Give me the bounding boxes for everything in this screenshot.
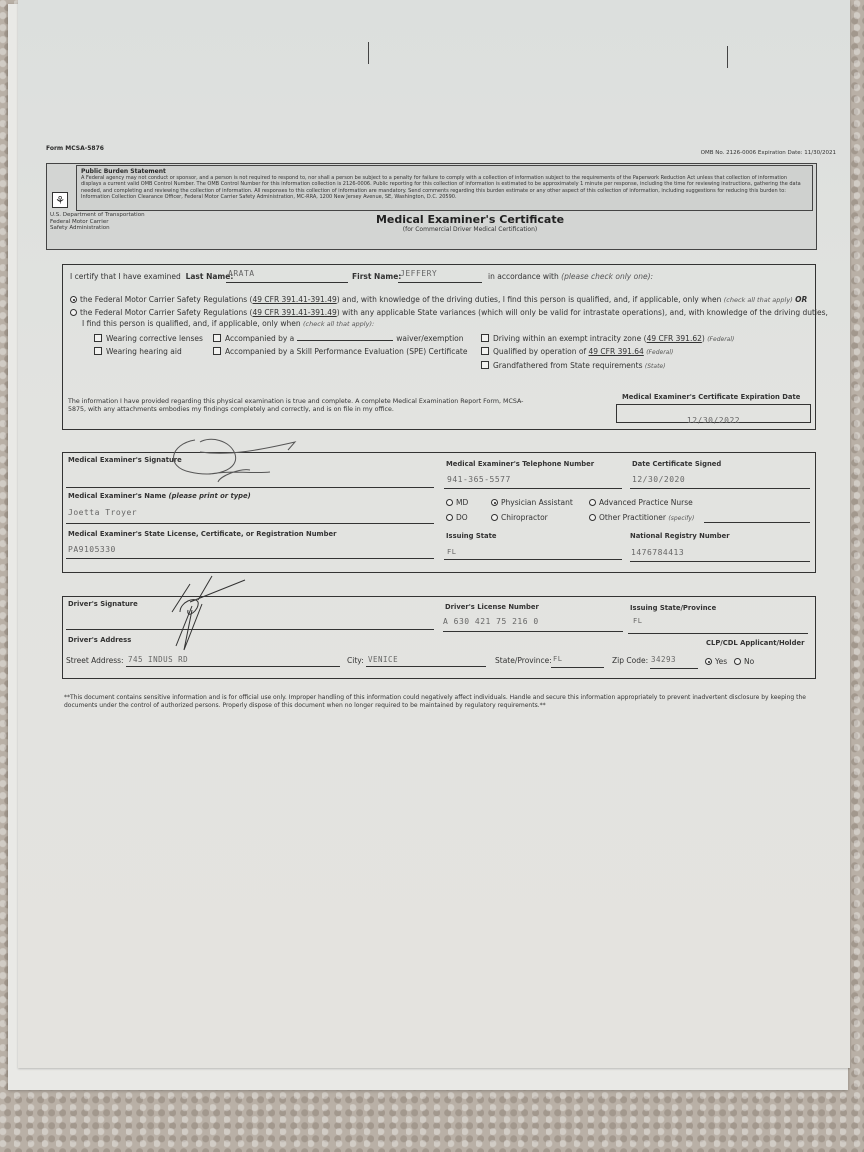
option-text: ) with any applicable State variances (w… — [337, 308, 828, 317]
state-value[interactable]: FL — [553, 655, 562, 663]
option-state-radio[interactable] — [70, 309, 77, 316]
condition-label: Accompanied by a Skill Performance Evalu… — [225, 347, 467, 356]
condition-label: Driving within an exempt intracity zone … — [493, 334, 647, 343]
type-md[interactable]: MD — [446, 498, 468, 507]
type-hint: (specify) — [668, 515, 694, 522]
checkbox[interactable] — [94, 334, 102, 342]
accordance-text: in accordance with (please check only on… — [488, 272, 653, 281]
driver-license-line — [443, 631, 623, 632]
cdl-no[interactable]: No — [734, 657, 754, 666]
last-name-label: Last Name: — [186, 272, 234, 281]
first-name-line — [398, 282, 482, 283]
dot-triskelion-icon: ⚘ — [52, 192, 68, 208]
date-signed-label: Date Certificate Signed — [632, 460, 721, 468]
expiration-label: Medical Examiner's Certificate Expiratio… — [622, 393, 800, 401]
date-signed-line — [630, 488, 810, 489]
option-text: the Federal Motor Carrier Safety Regulat… — [80, 308, 252, 317]
condition-label: Wearing corrective lenses — [106, 334, 203, 343]
burden-title: Public Burden Statement — [81, 168, 808, 175]
registry-label: National Registry Number — [630, 532, 730, 540]
condition-label: Qualified by operation of — [493, 347, 589, 356]
city-line — [366, 666, 486, 667]
condition-hearing-aid[interactable]: Wearing hearing aid — [94, 347, 182, 356]
street-label: Street Address: — [66, 656, 124, 665]
option-hint: (check all that apply): — [303, 320, 374, 328]
examiner-name-value[interactable]: Joetta Troyer — [68, 508, 137, 517]
other-specify-line[interactable] — [704, 522, 810, 523]
examiner-signature-line[interactable] — [66, 487, 434, 488]
condition-spe[interactable]: Accompanied by a Skill Performance Evalu… — [213, 347, 467, 356]
condition-intracity[interactable]: Driving within an exempt intracity zone … — [481, 334, 734, 343]
examiner-license-value[interactable]: PA9105330 — [68, 545, 116, 554]
condition-waiver[interactable]: Accompanied by awaiver/exemption — [213, 334, 464, 343]
type-label: DO — [456, 513, 468, 522]
or-label: OR — [795, 295, 807, 304]
public-burden-statement: Public Burden Statement A Federal agency… — [76, 165, 813, 211]
date-signed-value[interactable]: 12/30/2020 — [632, 475, 685, 484]
option-hint: (check all that apply) — [724, 296, 793, 304]
phone-line — [444, 488, 622, 489]
radio[interactable] — [589, 499, 596, 506]
type-label: Physician Assistant — [501, 498, 573, 507]
driver-signature-line[interactable] — [66, 629, 434, 630]
examiner-name-line — [66, 523, 434, 524]
radio[interactable] — [446, 514, 453, 521]
radio[interactable] — [491, 514, 498, 521]
label-text: Medical Examiner's Name — [68, 492, 166, 500]
option-state-line2: I find this person is qualified, and, if… — [82, 319, 374, 328]
checkbox[interactable] — [481, 334, 489, 342]
radio[interactable] — [705, 658, 712, 665]
cfr-citation: 49 CFR 391.64 — [589, 347, 644, 356]
city-value[interactable]: VENICE — [368, 655, 398, 664]
examiner-phone-label: Medical Examiner's Telephone Number — [446, 460, 594, 468]
examiner-signature-label: Medical Examiner's Signature — [68, 456, 182, 464]
option-text: I find this person is qualified, and, if… — [82, 319, 301, 328]
registry-line — [630, 561, 810, 562]
first-name-label: First Name: — [352, 272, 401, 281]
condition-grandfathered[interactable]: Grandfathered from State requirements (S… — [481, 361, 665, 370]
radio[interactable] — [589, 514, 596, 521]
agency-name: U.S. Department of Transportation Federa… — [50, 212, 145, 232]
form-title: Medical Examiner's Certificate (for Comm… — [250, 213, 690, 233]
sensitive-info-note: **This document contains sensitive infor… — [64, 694, 809, 710]
form-number: Form MCSA-5876 — [46, 145, 104, 152]
zip-label: Zip Code: — [612, 656, 648, 665]
examiner-license-label: Medical Examiner's State License, Certif… — [68, 530, 336, 538]
type-chiropractor[interactable]: Chiropractor — [491, 513, 548, 522]
radio[interactable] — [491, 499, 498, 506]
cfr-citation: 49 CFR 391.41-391.49 — [252, 295, 336, 304]
option-federal-radio[interactable] — [70, 296, 77, 303]
agency-line: Safety Administration — [50, 225, 145, 232]
driver-signature-label: Driver's Signature — [68, 600, 138, 608]
condition-391-64[interactable]: Qualified by operation of 49 CFR 391.64 … — [481, 347, 673, 356]
driver-address-label: Driver's Address — [68, 636, 131, 644]
type-other[interactable]: Other Practitioner (specify) — [589, 513, 694, 522]
last-name-value[interactable]: ARATA — [228, 269, 255, 278]
accordance-label: in accordance with — [488, 272, 559, 281]
agency-line: U.S. Department of Transportation — [50, 212, 145, 219]
option-federal[interactable]: the Federal Motor Carrier Safety Regulat… — [70, 295, 807, 304]
condition-hint: (Federal) — [646, 349, 673, 356]
street-value[interactable]: 745 INDUS RD — [128, 655, 188, 664]
state-label: State/Province: — [495, 656, 552, 665]
cdl-label: CLP/CDL Applicant/Holder — [706, 639, 804, 647]
type-do[interactable]: DO — [446, 513, 468, 522]
type-physician-assistant[interactable]: Physician Assistant — [491, 498, 573, 507]
title-sub: (for Commercial Driver Medical Certifica… — [250, 226, 690, 233]
issuing-state-label: Issuing State — [446, 532, 496, 540]
checkbox[interactable] — [94, 347, 102, 355]
zip-value[interactable]: 34293 — [651, 655, 676, 664]
condition-label: Accompanied by a — [225, 334, 294, 343]
omb-number: OMB No. 2126-0006 Expiration Date: 11/30… — [701, 150, 836, 156]
driver-license-label: Driver's License Number — [445, 603, 539, 611]
checkbox[interactable] — [481, 361, 489, 369]
examiner-name-label: Medical Examiner's Name (please print or… — [68, 492, 251, 500]
issuing-state-value[interactable]: FL — [447, 548, 456, 556]
cfr-citation: 49 CFR 391.62 — [647, 334, 702, 343]
option-text: ) and, with knowledge of the driving dut… — [337, 295, 722, 304]
first-name-value[interactable]: JEFFERY — [400, 269, 437, 278]
title-main: Medical Examiner's Certificate — [250, 213, 690, 226]
pen-mark — [727, 46, 728, 68]
condition-corrective-lenses[interactable]: Wearing corrective lenses — [94, 334, 203, 343]
checkbox[interactable] — [481, 347, 489, 355]
type-apn[interactable]: Advanced Practice Nurse — [589, 498, 693, 507]
type-label: Advanced Practice Nurse — [599, 498, 693, 507]
accordance-hint: (please check only one): — [561, 272, 653, 281]
state-line — [551, 667, 604, 668]
radio[interactable] — [446, 499, 453, 506]
examiner-section — [62, 452, 816, 573]
option-state[interactable]: the Federal Motor Carrier Safety Regulat… — [70, 308, 828, 317]
city-label: City: — [347, 656, 364, 665]
checkbox[interactable] — [213, 347, 221, 355]
condition-hint: (Federal) — [707, 336, 734, 343]
expiration-date-value: 12/30/2022 — [687, 416, 740, 425]
driver-license-value[interactable]: A 630 421 75 216 0 — [443, 617, 539, 626]
pen-mark — [368, 42, 369, 64]
attestation-text: The information I have provided regardin… — [68, 398, 538, 414]
no-label: No — [744, 657, 754, 666]
condition-label: ) — [702, 334, 705, 343]
registry-value[interactable]: 1476784413 — [631, 548, 684, 557]
type-label: MD — [456, 498, 468, 507]
burden-text: A Federal agency may not conduct or spon… — [81, 175, 808, 211]
condition-hint: (State) — [645, 363, 666, 370]
radio[interactable] — [734, 658, 741, 665]
driver-issuing-label: Issuing State/Province — [630, 604, 716, 612]
expiration-date-field[interactable]: 12/30/2022 — [616, 404, 811, 423]
driver-issuing-line — [628, 633, 808, 634]
examiner-license-line — [66, 558, 434, 559]
street-line — [126, 666, 340, 667]
option-text: the Federal Motor Carrier Safety Regulat… — [80, 295, 252, 304]
examiner-phone-value[interactable]: 941-365-5577 — [447, 475, 511, 484]
type-label: Chiropractor — [501, 513, 548, 522]
yes-label: Yes — [715, 657, 727, 666]
condition-label: waiver/exemption — [396, 334, 463, 343]
condition-label: Wearing hearing aid — [106, 347, 182, 356]
cert-row: I certify that I have examined Last Name… — [70, 272, 233, 281]
driver-issuing-value[interactable]: FL — [633, 617, 642, 625]
issuing-state-line — [444, 559, 622, 560]
waiver-blank[interactable] — [297, 340, 393, 341]
type-label: Other Practitioner — [599, 513, 666, 522]
zip-line — [650, 668, 698, 669]
last-name-line — [226, 282, 348, 283]
condition-label: Grandfathered from State requirements — [493, 361, 643, 370]
checkbox[interactable] — [213, 334, 221, 342]
label-hint: (please print or type) — [169, 492, 251, 500]
cdl-yes[interactable]: Yes — [705, 657, 727, 666]
cfr-citation: 49 CFR 391.41-391.49 — [252, 308, 336, 317]
cert-intro: I certify that I have examined — [70, 272, 181, 281]
